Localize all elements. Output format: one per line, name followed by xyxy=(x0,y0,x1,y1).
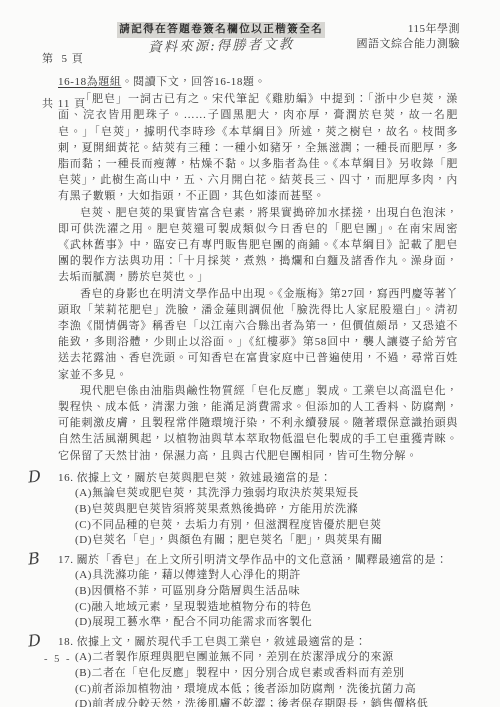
passage-paragraph-2: 皂莢、肥皂莢的果實皆富含皂素，將果實搗碎加水揉搓，出現白色泡沫，即可供洗濯之用。… xyxy=(58,205,458,286)
question-16-option-d: (D)皂莢名「皂」，與顏色有關；肥皂莢名「肥」，與莢果有關 xyxy=(75,533,458,549)
question-group-instruction: 。閱讀下文，回答16-18題。 xyxy=(121,76,266,88)
question-group-intro: 16-18為題組。閱讀下文，回答16-18題。 xyxy=(58,74,458,90)
exam-page: 第 5 頁 共 11 頁 請記得在答題卷簽名欄位以正楷簽全名 資料來源:得勝者文… xyxy=(0,0,500,707)
question-16-option-a: (A)無論皂莢或肥皂莢，其洗淨力強弱均取決於莢果短長 xyxy=(75,486,458,502)
question-18-option-c: (C)前者添加植物油，環境成本低；後者添加防腐劑，洗後抗菌力高 xyxy=(75,682,458,698)
header-center-block: 請記得在答題卷簽名欄位以正楷簽全名 資料來源:得勝者文教 xyxy=(92,22,350,54)
question-18-text: 依據上文，關於現代手工皂與工業皂，敘述最適當的是： xyxy=(77,635,367,651)
question-17-stem: 17. 關於「香皂」在上文所引明清文學作品中的文化意涵，闡釋最適當的是： xyxy=(58,553,458,569)
exam-info-block: 115年學測 國語文綜合能力測驗 xyxy=(357,22,461,52)
question-17: B 17. 關於「香皂」在上文所引明清文學作品中的文化意涵，闡釋最適當的是： (… xyxy=(58,553,458,631)
handwritten-source-note: 資料來源:得勝者文教 xyxy=(92,36,351,56)
question-16-text: 依據上文，關於皂莢與肥皂莢，敘述最適當的是： xyxy=(77,471,332,487)
question-16-option-c: (C)不同品種的皂莢，去垢力有別，但滋潤程度皆優於肥皂莢 xyxy=(75,518,458,534)
question-16-stem: 16. 依據上文，關於皂莢與肥皂莢，敘述最適當的是： xyxy=(58,471,458,487)
handwritten-answer-17: B xyxy=(27,550,41,567)
question-17-option-a: (A)具洗滌功能，藉以傳達對人心淨化的期許 xyxy=(75,568,458,584)
question-18-option-d: (D)前者成分較天然，洗後肌膚不乾澀；後者保存期限長，銷售價格低 xyxy=(75,697,458,707)
questions-section: D 16. 依據上文，關於皂莢與肥皂莢，敘述最適當的是： (A)無論皂莢或肥皂莢… xyxy=(58,471,458,707)
question-18-option-b: (B)二者在「皂化反應」製程中，因分別合成皂素或香料而有差別 xyxy=(75,666,458,682)
question-18-stem: 18. 依據上文，關於現代手工皂與工業皂，敘述最適當的是： xyxy=(58,635,458,651)
passage-and-questions: 16-18為題組。閱讀下文，回答16-18題。 「肥皂」一詞古已有之。宋代筆記《… xyxy=(58,74,458,707)
footer-page-number: - 5 - xyxy=(44,654,72,665)
question-18-option-a: (A)二者製作原理與肥皂團並無不同，差別在於潔淨成分的來源 xyxy=(75,650,458,666)
exam-subject: 國語文綜合能力測驗 xyxy=(357,37,461,52)
question-16-option-b: (B)皂莢與肥皂莢皆須將莢果煮熟後搗碎，方能用於洗滌 xyxy=(75,502,458,518)
question-group-range: 16-18為題組 xyxy=(58,76,121,88)
handwritten-answer-16: D xyxy=(27,468,42,485)
question-16: D 16. 依據上文，關於皂莢與肥皂莢，敘述最適當的是： (A)無論皂莢或肥皂莢… xyxy=(58,471,458,549)
passage-paragraph-1: 「肥皂」一詞古已有之。宋代筆記《雞肋編》中提到：「浙中少皂莢，澡面、浣衣皆用肥珠… xyxy=(58,91,458,204)
exam-year: 115年學測 xyxy=(357,22,461,37)
question-17-number: 17. xyxy=(58,553,77,569)
signature-notice: 請記得在答題卷簽名欄位以正楷簽全名 xyxy=(117,22,325,38)
question-18: D 18. 依據上文，關於現代手工皂與工業皂，敘述最適當的是： (A)二者製作原… xyxy=(58,635,458,707)
question-16-number: 16. xyxy=(58,471,77,487)
question-17-option-c: (C)融入地域元素，呈現製造地植物分布的特色 xyxy=(75,600,458,616)
passage-paragraph-3: 香皂的身影也在明清文學作品中出現。《金瓶梅》第27回，寫西門慶等著丫頭取「茉莉花… xyxy=(58,286,458,383)
question-18-number: 18. xyxy=(58,635,77,651)
passage-paragraph-4: 現代肥皂係由油脂與鹼性物質經「皂化反應」製成。工業皂以高溫皂化，製程快、成本低，… xyxy=(58,383,458,464)
page-footer: - 5 - xyxy=(44,654,72,665)
question-17-option-b: (B)因價格不菲，可區別身分階層與生活品味 xyxy=(75,584,458,600)
handwritten-answer-18: D xyxy=(27,632,42,649)
page-label: 第 5 頁 xyxy=(42,52,86,67)
question-17-text: 關於「香皂」在上文所引明清文學作品中的文化意涵，闡釋最適當的是： xyxy=(77,553,448,569)
question-17-option-d: (D)展現工藝水準，配合不同功能需求而客製化 xyxy=(75,615,458,631)
